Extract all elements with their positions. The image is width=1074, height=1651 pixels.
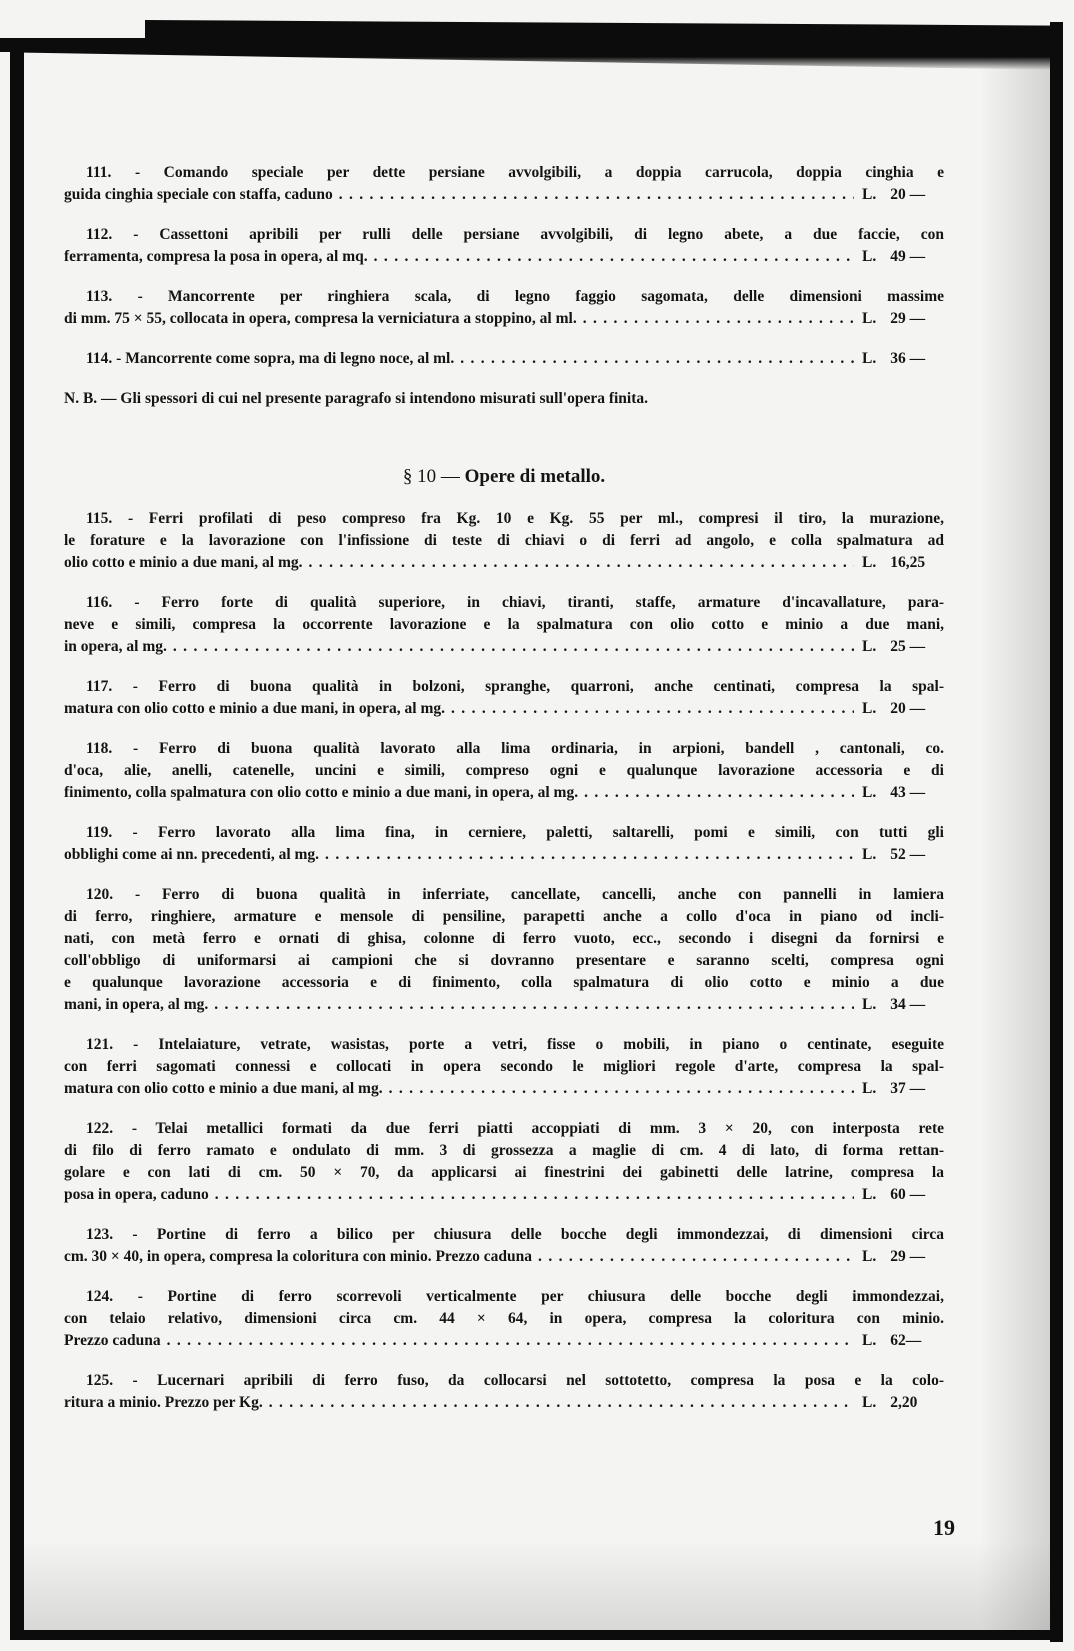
entry-last-text: olio cotto e minio a due mani, al mg. bbox=[64, 554, 303, 571]
price-value: 60 — bbox=[890, 1184, 925, 1206]
entry-text: di filo di ferro ramato e ondulato di mm… bbox=[64, 1142, 944, 1159]
entry-price: L.29 — bbox=[854, 1246, 944, 1268]
scan-border-left bbox=[10, 44, 24, 1634]
entry-text: Portine di ferro scorrevoli verticalment… bbox=[167, 1288, 944, 1305]
currency-label: L. bbox=[862, 844, 876, 866]
entry-last-text: guida cinghia speciale con staffa, cadun… bbox=[64, 186, 333, 203]
price-entry: 115. - Ferri profilati di peso compreso … bbox=[64, 508, 944, 574]
price-entry: 125. - Lucernari apribili di ferro fuso,… bbox=[64, 1370, 944, 1414]
entry-first-line: 119. - Ferro lavorato alla lima fina, in… bbox=[64, 822, 944, 844]
dot-leader: ........................................… bbox=[578, 782, 854, 804]
entry-first-line: 124. - Portine di ferro scorrevoli verti… bbox=[64, 1286, 944, 1308]
dot-leader: ........................................… bbox=[532, 1246, 854, 1268]
price-list-entries-after: 115. - Ferri profilati di peso compreso … bbox=[64, 508, 944, 1414]
entry-text: Ferro forte di qualità superiore, in chi… bbox=[162, 594, 944, 611]
currency-label: L. bbox=[862, 1392, 876, 1414]
entry-first-line: 121. - Intelaiature, vetrate, wasistas, … bbox=[64, 1034, 944, 1056]
dot-leader: ........................................… bbox=[368, 246, 854, 268]
dot-leader: ........................................… bbox=[209, 1184, 854, 1206]
price-entry: 111. - Comando speciale per dette persia… bbox=[64, 162, 944, 206]
entry-line: coll'obbligo di uniformarsi ai campioni … bbox=[64, 950, 944, 972]
entry-price: L.20 — bbox=[854, 184, 944, 206]
entry-first-line: 111. - Comando speciale per dette persia… bbox=[64, 162, 944, 184]
entry-first-line: 112. - Cassettoni apribili per rulli del… bbox=[64, 224, 944, 246]
entry-last-text: finimento, colla spalmatura con olio cot… bbox=[64, 784, 578, 801]
price-value: 2,20 bbox=[890, 1392, 917, 1414]
entry-last-line: di mm. 75 × 55, collocata in opera, comp… bbox=[64, 308, 944, 330]
dot-leader: ........................................… bbox=[208, 994, 854, 1016]
entry-price: L.16,25 bbox=[854, 552, 944, 574]
entry-text: coll'obbligo di uniformarsi ai campioni … bbox=[64, 952, 944, 969]
dot-leader: ........................................… bbox=[319, 844, 854, 866]
currency-label: L. bbox=[862, 246, 876, 268]
price-value: 25 — bbox=[890, 636, 925, 658]
entry-number: 118. bbox=[86, 740, 112, 757]
currency-label: L. bbox=[862, 308, 876, 330]
entry-number: 125. bbox=[86, 1372, 113, 1389]
entry-last-line: ferramenta, compresa la posa in opera, a… bbox=[64, 246, 944, 268]
entry-line: le forature e la lavorazione con l'infis… bbox=[64, 530, 944, 552]
price-entry: 122. - Telai metallici formati da due fe… bbox=[64, 1118, 944, 1206]
entry-first-line: 123. - Portine di ferro a bilico per chi… bbox=[64, 1224, 944, 1246]
entry-number: 122. bbox=[86, 1120, 113, 1137]
entry-last-line: ritura a minio. Prezzo per Kg...........… bbox=[64, 1392, 944, 1414]
price-value: 52 — bbox=[890, 844, 925, 866]
entry-last-line: mani, in opera, al mg...................… bbox=[64, 994, 944, 1016]
entry-first-line: 113. - Mancorrente per ringhiera scala, … bbox=[64, 286, 944, 308]
entry-price: L.43 — bbox=[854, 782, 944, 804]
entry-number: 119. bbox=[86, 824, 112, 841]
entry-price: L.62— bbox=[854, 1330, 944, 1352]
price-value: 20 — bbox=[890, 184, 925, 206]
entry-text: nati, con metà ferro e ornati di ghisa, … bbox=[64, 930, 944, 947]
entry-text: Ferro di buona qualità in inferriate, ca… bbox=[162, 886, 944, 903]
entry-text: di ferro, ringhiere, armature e mensole … bbox=[64, 908, 944, 925]
entry-last-text: Prezzo caduna bbox=[64, 1332, 161, 1349]
entry-first-line: 120. - Ferro di buona qualità in inferri… bbox=[64, 884, 944, 906]
entry-last-text: matura con olio cotto e minio a due mani… bbox=[64, 1080, 383, 1097]
price-value: 62— bbox=[890, 1330, 921, 1352]
section-title-text: Opere di metallo. bbox=[465, 466, 606, 487]
dot-leader: ........................................… bbox=[577, 308, 854, 330]
dot-leader: ........................................… bbox=[333, 184, 854, 206]
entry-text: mani, in opera, al mg. bbox=[64, 994, 208, 1016]
entry-last-text: Mancorrente come sopra, ma di legno noce… bbox=[125, 350, 454, 367]
entry-line: golare e con lati di cm. 50 × 70, da app… bbox=[64, 1162, 944, 1184]
entry-last-line: cm. 30 × 40, in opera, compresa la color… bbox=[64, 1246, 944, 1268]
entry-last-text: mani, in opera, al mg. bbox=[64, 996, 208, 1013]
entry-number: 115. bbox=[86, 510, 112, 527]
price-entry: 123. - Portine di ferro a bilico per chi… bbox=[64, 1224, 944, 1268]
price-entry: 114. - Mancorrente come sopra, ma di leg… bbox=[64, 348, 944, 370]
entry-text: Cassettoni apribili per rulli delle pers… bbox=[159, 226, 944, 243]
entry-text: finimento, colla spalmatura con olio cot… bbox=[64, 782, 578, 804]
entry-text: 114. - Mancorrente come sopra, ma di leg… bbox=[64, 348, 454, 370]
entry-number: 120. bbox=[86, 886, 113, 903]
entry-line: con ferri sagomati connessi e collocati … bbox=[64, 1056, 944, 1078]
dot-leader: ........................................… bbox=[303, 552, 854, 574]
dot-leader: ........................................… bbox=[383, 1078, 854, 1100]
dot-leader: ........................................… bbox=[445, 698, 854, 720]
section-heading: § 10 — Opere di metallo. bbox=[64, 466, 944, 488]
dot-leader: ........................................… bbox=[161, 1330, 854, 1352]
dot-leader: ........................................… bbox=[167, 636, 854, 658]
entry-text: con telaio relativo, dimensioni circa cm… bbox=[64, 1310, 944, 1327]
price-value: 16,25 bbox=[890, 552, 925, 574]
price-entry: 113. - Mancorrente per ringhiera scala, … bbox=[64, 286, 944, 330]
entry-last-text: di mm. 75 × 55, collocata in opera, comp… bbox=[64, 310, 577, 327]
price-entry: 118. - Ferro di buona qualità lavorato a… bbox=[64, 738, 944, 804]
scan-border-bottom bbox=[10, 1630, 1063, 1640]
entry-text: matura con olio cotto e minio a due mani… bbox=[64, 1078, 383, 1100]
entry-text: Ferri profilati di peso compreso fra Kg.… bbox=[149, 510, 944, 527]
entry-line: neve e simili, compresa la occorrente la… bbox=[64, 614, 944, 636]
entry-first-line: 122. - Telai metallici formati da due fe… bbox=[64, 1118, 944, 1140]
price-value: 37 — bbox=[890, 1078, 925, 1100]
entry-text: olio cotto e minio a due mani, al mg. bbox=[64, 552, 303, 574]
currency-label: L. bbox=[862, 1078, 876, 1100]
price-list-entries-before: 111. - Comando speciale per dette persia… bbox=[64, 162, 944, 370]
entry-number: 116. bbox=[86, 594, 112, 611]
entry-text: Portine di ferro a bilico per chiusura d… bbox=[157, 1226, 944, 1243]
entry-number: 113. bbox=[86, 288, 112, 305]
entry-last-text: ferramenta, compresa la posa in opera, a… bbox=[64, 248, 368, 265]
entry-last-text: in opera, al mg. bbox=[64, 638, 167, 655]
entry-text: Ferro di buona qualità in bolzoni, spran… bbox=[159, 678, 944, 695]
currency-label: L. bbox=[862, 636, 876, 658]
entry-line: con telaio relativo, dimensioni circa cm… bbox=[64, 1308, 944, 1330]
entry-last-line: guida cinghia speciale con staffa, cadun… bbox=[64, 184, 944, 206]
entry-first-line: 125. - Lucernari apribili di ferro fuso,… bbox=[64, 1370, 944, 1392]
currency-label: L. bbox=[862, 1246, 876, 1268]
entry-number: 114. bbox=[86, 350, 112, 367]
entry-line: nati, con metà ferro e ornati di ghisa, … bbox=[64, 928, 944, 950]
entry-text: di mm. 75 × 55, collocata in opera, comp… bbox=[64, 308, 577, 330]
entry-number: 117. bbox=[86, 678, 112, 695]
entry-last-line: finimento, colla spalmatura con olio cot… bbox=[64, 782, 944, 804]
entry-first-line: 115. - Ferri profilati di peso compreso … bbox=[64, 508, 944, 530]
scan-border-top-shadow bbox=[10, 48, 1060, 70]
entry-text: posa in opera, caduno bbox=[64, 1184, 209, 1206]
price-value: 29 — bbox=[890, 308, 925, 330]
price-entry: 120. - Ferro di buona qualità in inferri… bbox=[64, 884, 944, 1016]
entry-price: L.20 — bbox=[854, 698, 944, 720]
currency-label: L. bbox=[862, 1330, 876, 1352]
entry-text: ritura a minio. Prezzo per Kg. bbox=[64, 1392, 263, 1414]
entry-first-line: 117. - Ferro di buona qualità in bolzoni… bbox=[64, 676, 944, 698]
entry-price: L.29 — bbox=[854, 308, 944, 330]
entry-price: L.49 — bbox=[854, 246, 944, 268]
entry-number: 112. bbox=[86, 226, 112, 243]
currency-label: L. bbox=[862, 698, 876, 720]
scan-shading-bottom bbox=[24, 1540, 1050, 1630]
entry-last-line: in opera, al mg.........................… bbox=[64, 636, 944, 658]
entry-number: 111. bbox=[86, 164, 111, 181]
entry-last-text: ritura a minio. Prezzo per Kg. bbox=[64, 1394, 263, 1411]
entry-last-line: obblighi come ai nn. precedenti, al mg..… bbox=[64, 844, 944, 866]
currency-label: L. bbox=[862, 994, 876, 1016]
scan-shading-right bbox=[980, 60, 1050, 1630]
price-entry: 116. - Ferro forte di qualità superiore,… bbox=[64, 592, 944, 658]
currency-label: L. bbox=[862, 184, 876, 206]
price-value: 43 — bbox=[890, 782, 925, 804]
entry-line: d'oca, alie, anelli, catenelle, uncini e… bbox=[64, 760, 944, 782]
entry-text: le forature e la lavorazione con l'infis… bbox=[64, 532, 944, 549]
entry-text: Mancorrente per ringhiera scala, di legn… bbox=[168, 288, 944, 305]
entry-last-line: Prezzo caduna...........................… bbox=[64, 1330, 944, 1352]
entry-text: matura con olio cotto e minio a due mani… bbox=[64, 698, 445, 720]
entry-text: cm. 30 × 40, in opera, compresa la color… bbox=[64, 1246, 532, 1268]
nota-bene: N. B. — Gli spessori di cui nel presente… bbox=[64, 388, 944, 410]
entry-text: d'oca, alie, anelli, catenelle, uncini e… bbox=[64, 762, 944, 779]
entry-text: guida cinghia speciale con staffa, cadun… bbox=[64, 184, 333, 206]
document-page: 111. - Comando speciale per dette persia… bbox=[64, 162, 944, 1432]
price-value: 36 — bbox=[890, 348, 925, 370]
price-entry: 119. - Ferro lavorato alla lima fina, in… bbox=[64, 822, 944, 866]
price-entry: 112. - Cassettoni apribili per rulli del… bbox=[64, 224, 944, 268]
currency-label: L. bbox=[862, 348, 876, 370]
currency-label: L. bbox=[862, 1184, 876, 1206]
currency-label: L. bbox=[862, 552, 876, 574]
entry-last-text: obblighi come ai nn. precedenti, al mg. bbox=[64, 846, 319, 863]
entry-first-line: 118. - Ferro di buona qualità lavorato a… bbox=[64, 738, 944, 760]
entry-text: Intelaiature, vetrate, wasistas, porte a… bbox=[158, 1036, 944, 1053]
entry-line: di filo di ferro ramato e ondulato di mm… bbox=[64, 1140, 944, 1162]
price-value: 29 — bbox=[890, 1246, 925, 1268]
price-entry: 121. - Intelaiature, vetrate, wasistas, … bbox=[64, 1034, 944, 1100]
entry-line: e qualunque lavorazione accessoria e di … bbox=[64, 972, 944, 994]
entry-price: L.37 — bbox=[854, 1078, 944, 1100]
entry-last-text: matura con olio cotto e minio a due mani… bbox=[64, 700, 445, 717]
entry-price: L.25 — bbox=[854, 636, 944, 658]
entry-text: Ferro lavorato alla lima fina, in cernie… bbox=[158, 824, 944, 841]
entry-price: L.34 — bbox=[854, 994, 944, 1016]
entry-text: obblighi come ai nn. precedenti, al mg. bbox=[64, 844, 319, 866]
price-value: 34 — bbox=[890, 994, 925, 1016]
entry-number: 121. bbox=[86, 1036, 113, 1053]
dot-leader: ........................................… bbox=[263, 1392, 854, 1414]
entry-text: e qualunque lavorazione accessoria e di … bbox=[64, 974, 944, 991]
entry-number: 123. bbox=[86, 1226, 113, 1243]
entry-text: Ferro di buona qualità lavorato alla lim… bbox=[159, 740, 944, 757]
entry-price: L.36 — bbox=[854, 348, 944, 370]
entry-last-text: posa in opera, caduno bbox=[64, 1186, 209, 1203]
price-value: 20 — bbox=[890, 698, 925, 720]
entry-last-line: posa in opera, caduno...................… bbox=[64, 1184, 944, 1206]
price-entry: 117. - Ferro di buona qualità in bolzoni… bbox=[64, 676, 944, 720]
entry-price: L.2,20 bbox=[854, 1392, 944, 1414]
entry-text: ferramenta, compresa la posa in opera, a… bbox=[64, 246, 368, 268]
page-number: 19 bbox=[933, 1515, 955, 1541]
price-value: 49 — bbox=[890, 246, 925, 268]
entry-last-line: matura con olio cotto e minio a due mani… bbox=[64, 698, 944, 720]
entry-last-text: cm. 30 × 40, in opera, compresa la color… bbox=[64, 1248, 532, 1265]
entry-price: L.52 — bbox=[854, 844, 944, 866]
price-entry: 124. - Portine di ferro scorrevoli verti… bbox=[64, 1286, 944, 1352]
entry-last-line: 114. - Mancorrente come sopra, ma di leg… bbox=[64, 348, 944, 370]
entry-text: neve e simili, compresa la occorrente la… bbox=[64, 616, 944, 633]
entry-text: golare e con lati di cm. 50 × 70, da app… bbox=[64, 1164, 944, 1181]
entry-text: in opera, al mg. bbox=[64, 636, 167, 658]
entry-line: di ferro, ringhiere, armature e mensole … bbox=[64, 906, 944, 928]
entry-first-line: 116. - Ferro forte di qualità superiore,… bbox=[64, 592, 944, 614]
entry-number: 124. bbox=[86, 1288, 113, 1305]
entry-text: Telai metallici formati da due ferri pia… bbox=[156, 1120, 944, 1137]
currency-label: L. bbox=[862, 782, 876, 804]
entry-text: Lucernari apribili di ferro fuso, da col… bbox=[157, 1372, 944, 1389]
entry-text: con ferri sagomati connessi e collocati … bbox=[64, 1058, 944, 1075]
dot-leader: ........................................… bbox=[454, 348, 854, 370]
scan-border-right bbox=[1050, 22, 1063, 1642]
entry-text: Prezzo caduna bbox=[64, 1330, 161, 1352]
entry-last-line: olio cotto e minio a due mani, al mg....… bbox=[64, 552, 944, 574]
section-symbol: § 10 — bbox=[403, 466, 460, 487]
entry-last-line: matura con olio cotto e minio a due mani… bbox=[64, 1078, 944, 1100]
entry-price: L.60 — bbox=[854, 1184, 944, 1206]
entry-text: Comando speciale per dette persiane avvo… bbox=[164, 164, 944, 181]
